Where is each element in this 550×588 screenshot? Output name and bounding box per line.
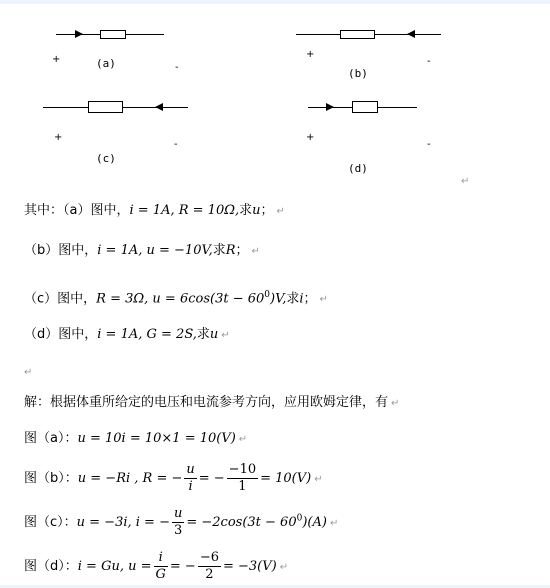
math-expression: = −2cos(3t − 60 bbox=[186, 515, 296, 530]
fraction: iG bbox=[154, 550, 168, 583]
resistor-icon bbox=[340, 30, 375, 39]
return-mark-icon: ↵ bbox=[280, 562, 288, 573]
problem-prefix: （c）图中， bbox=[24, 291, 96, 306]
numerator: u bbox=[184, 462, 196, 479]
math-expression: i = Gu, u = bbox=[78, 559, 152, 574]
unknown-var: R bbox=[226, 243, 236, 258]
resistor-icon bbox=[352, 101, 378, 113]
numerator: −10 bbox=[227, 462, 258, 479]
denominator: 3 bbox=[172, 523, 184, 539]
problem-intro: 其中： bbox=[24, 203, 63, 218]
problem-d: （d）图中，i = 1A, G = 2S,求u↵ bbox=[24, 327, 230, 344]
numerator: i bbox=[154, 550, 168, 567]
problem-b: （b）图中，i = 1A, u = −10V,求R；↵ bbox=[24, 243, 260, 260]
return-mark-icon: ↵ bbox=[320, 294, 328, 305]
math-expression: = − bbox=[199, 471, 225, 486]
unknown-var: u bbox=[252, 203, 260, 218]
return-mark-icon: ↵ bbox=[252, 246, 260, 257]
end-punct: ； bbox=[236, 243, 249, 258]
ask-text: 求 bbox=[239, 203, 252, 218]
return-mark-icon: ↵ bbox=[391, 398, 399, 409]
return-mark-icon: ↵ bbox=[277, 206, 285, 217]
fraction: u3 bbox=[172, 506, 184, 539]
math-expression: u = −3i, i = − bbox=[77, 515, 170, 530]
arrow-right-icon bbox=[326, 103, 334, 111]
math-expression: u = 10i = 10×1 = 10(V) bbox=[77, 431, 235, 446]
solution-intro: 解：根据体重所给定的电压和电流参考方向，应用欧姆定律，有↵ bbox=[24, 395, 399, 412]
math-expression: = − bbox=[170, 559, 196, 574]
return-mark-icon: ↵ bbox=[461, 176, 469, 187]
problem-prefix: （b）图中， bbox=[24, 243, 97, 258]
figure-label: (d) bbox=[348, 163, 368, 175]
fraction: −101 bbox=[227, 462, 258, 495]
math-expression: )(A) bbox=[302, 515, 327, 530]
problem-prefix: （a）图中， bbox=[63, 203, 129, 218]
minus-sign: - bbox=[427, 140, 431, 150]
math-expression: )V, bbox=[270, 291, 286, 306]
ask-text: 求 bbox=[197, 327, 210, 342]
return-mark-icon: ↵ bbox=[221, 330, 229, 341]
top-border bbox=[0, 0, 550, 4]
math-expression: i = 1A, R = 10Ω, bbox=[129, 203, 239, 218]
fraction: ui bbox=[184, 462, 196, 495]
problem-c: （c）图中，R = 3Ω, u = 6cos(3t − 600)V,求i；↵ bbox=[24, 287, 328, 308]
fraction: −62 bbox=[198, 550, 221, 583]
solution-c: 图（c）：u = −3i, i = −u3= −2cos(3t − 600)(A… bbox=[24, 506, 338, 539]
minus-sign: - bbox=[427, 57, 431, 67]
solution-d: 图（d）：i = Gu, u =iG= −−62= −3(V)↵ bbox=[24, 550, 288, 583]
arrow-left-icon bbox=[155, 103, 163, 111]
math-expression: = 10(V) bbox=[260, 471, 311, 486]
ask-text: 求 bbox=[286, 291, 299, 306]
solution-a: 图（a）：u = 10i = 10×1 = 10(V)↵ bbox=[24, 431, 247, 448]
solution-prefix: 图（c）： bbox=[24, 515, 77, 530]
figure-label: (c) bbox=[96, 153, 116, 165]
return-mark-icon: ↵ bbox=[314, 474, 322, 485]
ask-text: 求 bbox=[213, 243, 226, 258]
math-expression: i = 1A, G = 2S, bbox=[97, 327, 197, 342]
problem-a: 其中：（a）图中，i = 1A, R = 10Ω,求u；↵ bbox=[24, 203, 285, 220]
solution-b: 图（b）：u = −Ri , R = −ui= −−101= 10(V)↵ bbox=[24, 462, 323, 495]
resistor-icon bbox=[88, 101, 123, 113]
unknown-var: u bbox=[210, 327, 218, 342]
plus-sign: + bbox=[306, 50, 314, 60]
plus-sign: + bbox=[52, 55, 60, 65]
math-expression: i = 1A, u = −10V, bbox=[97, 243, 212, 258]
plus-sign: + bbox=[54, 133, 62, 143]
solution-prefix: 图（d）： bbox=[24, 559, 78, 574]
math-expression: = −3(V) bbox=[223, 559, 277, 574]
figure-label: (a) bbox=[96, 58, 116, 70]
plus-sign: + bbox=[306, 133, 314, 143]
solution-prefix: 图（b）： bbox=[24, 471, 78, 486]
solution-intro-text: 解：根据体重所给定的电压和电流参考方向，应用欧姆定律，有 bbox=[24, 395, 388, 410]
denominator: i bbox=[184, 479, 196, 495]
math-expression: u = −Ri , R = − bbox=[78, 471, 183, 486]
denominator: 1 bbox=[227, 479, 258, 495]
math-expression: R = 3Ω, u = 6cos(3t − 60 bbox=[96, 291, 264, 306]
return-mark-icon: ↵ bbox=[239, 434, 247, 445]
minus-sign: - bbox=[175, 63, 179, 73]
denominator: G bbox=[154, 567, 168, 583]
numerator: −6 bbox=[198, 550, 221, 567]
problem-prefix: （d）图中， bbox=[24, 327, 97, 342]
return-mark-icon: ↵ bbox=[330, 518, 338, 529]
minus-sign: - bbox=[174, 140, 178, 150]
end-punct: ； bbox=[261, 203, 274, 218]
arrow-right-icon bbox=[75, 30, 83, 38]
return-mark-icon: ↵ bbox=[24, 367, 32, 378]
empty-paragraph: ↵ bbox=[24, 364, 32, 381]
resistor-icon bbox=[100, 30, 126, 39]
figure-label: (b) bbox=[348, 68, 368, 80]
solution-prefix: 图（a）： bbox=[24, 431, 77, 446]
end-punct: ； bbox=[304, 291, 317, 306]
numerator: u bbox=[172, 506, 184, 523]
arrow-left-icon bbox=[407, 30, 415, 38]
denominator: 2 bbox=[198, 567, 221, 583]
